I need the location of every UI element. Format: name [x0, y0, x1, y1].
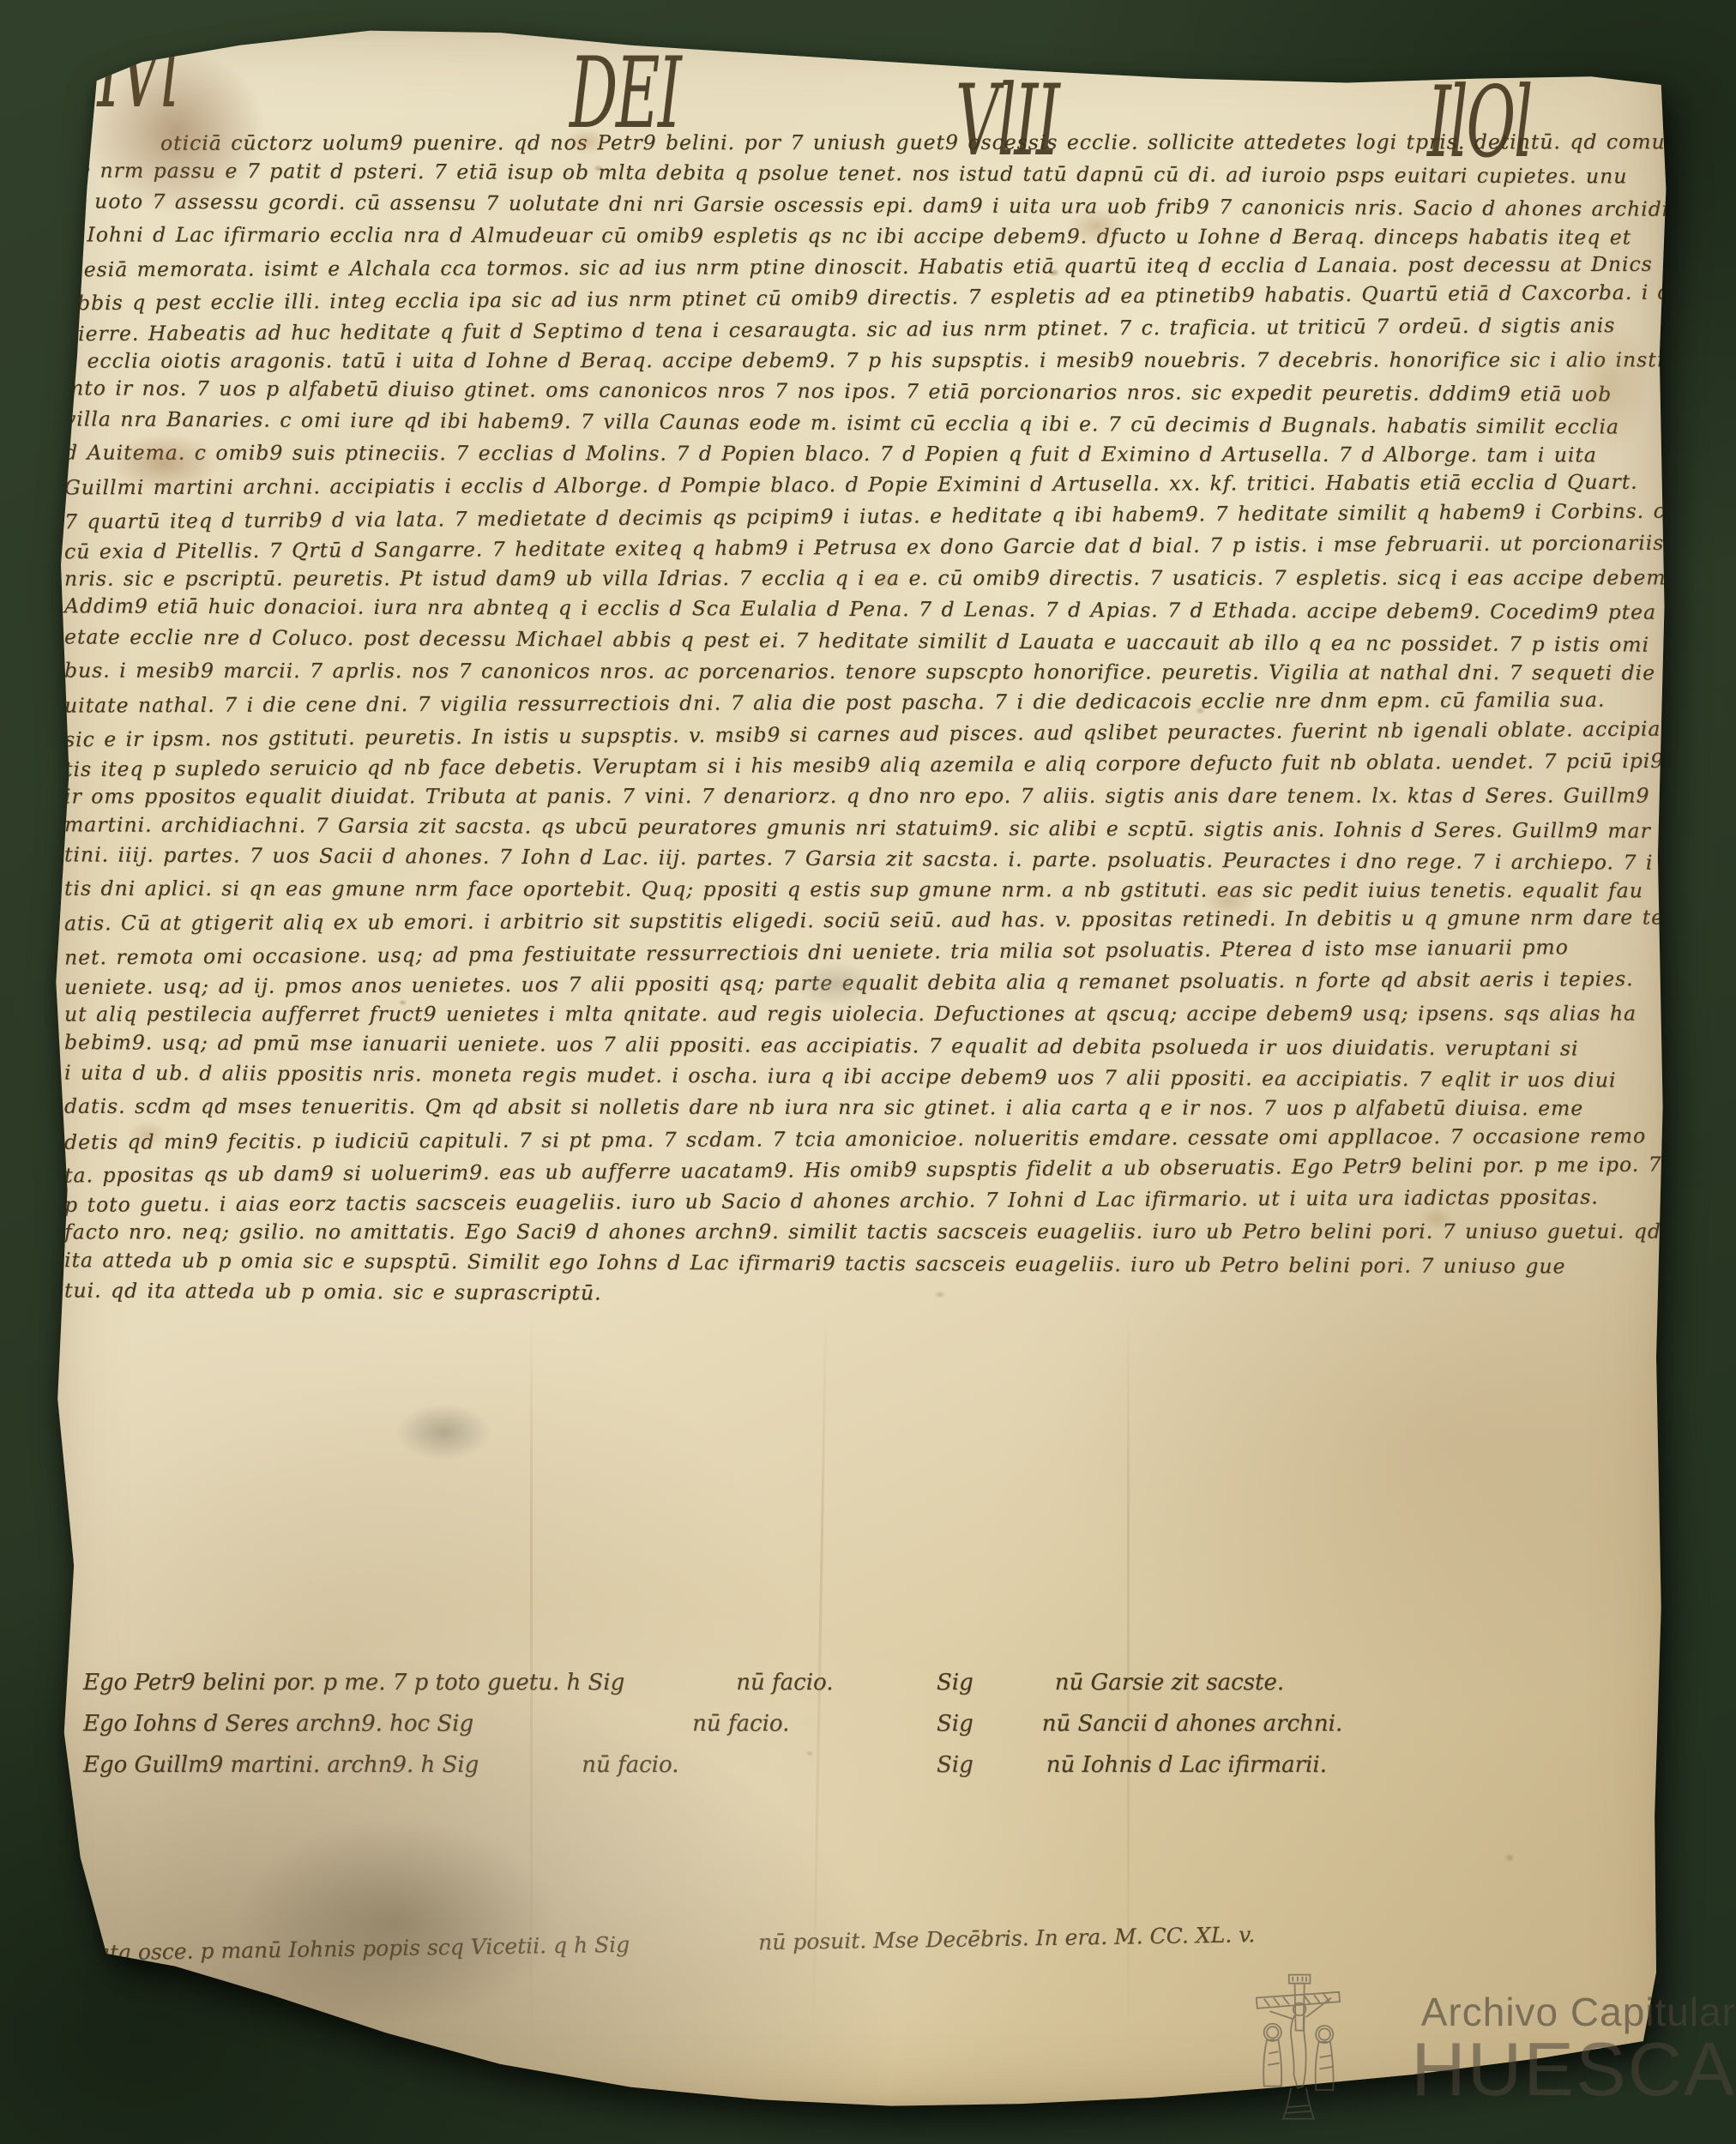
dating-clause: Data osce. p manū Iohnis popis scq Vicet…: [80, 1922, 1256, 1966]
manuscript-line: nris. sic e pscriptū. peuretis. Pt istud…: [64, 563, 1651, 595]
chirograph-mark: IIVl: [75, 24, 178, 122]
signum-gap: [973, 1771, 1046, 1772]
manuscript-line: tui. qd ita atteda ub p omia. sic e supr…: [64, 1274, 1651, 1313]
signature-text: Ego Petr9 belini por. p me. 7 p toto gue…: [83, 1670, 624, 1695]
signum-gap: [479, 1771, 582, 1772]
signature-row: Signū Garsie zit sacste.: [937, 1662, 1342, 1703]
signature-row: Ego Petr9 belini por. p me. 7 p toto gue…: [83, 1662, 833, 1703]
dating-text: Data osce. p manū Iohnis popis scq Vicet…: [80, 1932, 630, 1966]
signature-text: Sig: [937, 1670, 973, 1695]
signature-text: nū Sancii d ahones archni.: [1042, 1711, 1342, 1737]
manuscript-line: d Auitema. c omib9 suis ptineciis. 7 ecc…: [64, 437, 1651, 471]
manuscript-line: oticiā cūctorz uolum9 puenire. qd nos Pe…: [64, 126, 1651, 159]
stain: [377, 1393, 510, 1472]
manuscript-line: ut aliq pestilecia aufferret fruct9 ueni…: [64, 998, 1651, 1030]
signum-gap: [630, 1948, 758, 1951]
signature-text: nū facio.: [692, 1711, 789, 1737]
parchment-wrap: IIVlDEIVlIIIlOl Ʒ oticiā cūctorz uolum9 …: [0, 0, 1736, 2144]
dating-text: nū posuit. Mse Decēbris. In era. M. CC. …: [758, 1922, 1256, 1954]
signature-row: Signū Iohnis d Lac ifirmarii.: [937, 1744, 1342, 1786]
manuscript-text: oticiā cūctorz uolum9 puenire. qd nos Pe…: [64, 127, 1651, 1310]
initial-letter: Ʒ: [52, 88, 93, 149]
signature-text: Sig: [937, 1711, 973, 1737]
photo-background: IIVlDEIVlIIIlOl Ʒ oticiā cūctorz uolum9 …: [0, 0, 1736, 2144]
signature-text: nū facio.: [582, 1752, 678, 1778]
signature-block-right: Signū Garsie zit sacste.Signū Sancii d a…: [937, 1662, 1342, 1786]
signum-gap: [973, 1689, 1055, 1689]
signature-block-left: Ego Petr9 belini por. p me. 7 p toto gue…: [83, 1662, 833, 1786]
manuscript-line: 7 Iohni d Lac ifirmario ecclia nra d Alm…: [64, 219, 1651, 253]
manuscript-line: ir oms ppositos equalit diuidat. Tributa…: [64, 780, 1651, 812]
signum-gap: [973, 1730, 1042, 1731]
manuscript-line: datis. scdm qd mses tenueritis. Qm qd ab…: [64, 1091, 1651, 1124]
signature-text: nū Iohnis d Lac ifirmarii.: [1046, 1752, 1327, 1778]
signature-row: Ego Iohns d Seres archn9. hoc Signū faci…: [83, 1703, 833, 1744]
stain: [173, 1780, 619, 2063]
signature-text: Sig: [937, 1752, 973, 1778]
signum-gap: [473, 1730, 692, 1731]
signature-text: nū facio.: [736, 1670, 833, 1695]
signum-gap: [624, 1689, 736, 1689]
signature-text: Ego Iohns d Seres archn9. hoc Sig: [83, 1711, 473, 1737]
signature-row: Signū Sancii d ahones archni.: [937, 1703, 1342, 1744]
manuscript-line: facto nro. neq; gsilio. no amittatis. Eg…: [64, 1216, 1651, 1248]
signature-text: Ego Guillm9 martini. archn9. h Sig: [83, 1752, 479, 1778]
signature-row: Ego Guillm9 martini. archn9. h Signū fac…: [83, 1744, 833, 1786]
manuscript-line: tis dni aplici. si qn eas gmune nrm face…: [64, 873, 1651, 906]
parchment-document: IIVlDEIVlIIIlOl Ʒ oticiā cūctorz uolum9 …: [45, 22, 1673, 2108]
signature-text: nū Garsie zit sacste.: [1055, 1670, 1284, 1695]
manuscript-line: d ecclia oiotis aragonis. tatū i uita d …: [64, 344, 1651, 376]
manuscript-line: etate ecclie nre d Coluco. post decessu …: [64, 621, 1651, 660]
manuscript-line: bus. i mesib9 marcii. 7 aprlis. nos 7 ca…: [64, 655, 1651, 689]
manuscript-line: i uita d ub. d aliis ppositis nris. mone…: [64, 1057, 1651, 1095]
